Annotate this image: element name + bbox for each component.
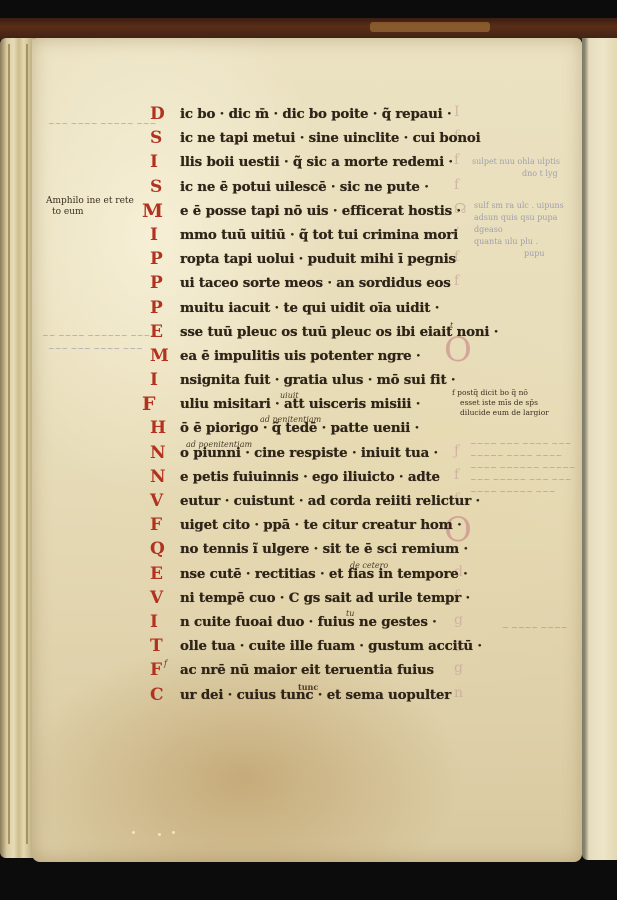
margin-note-line: to eum <box>46 207 134 218</box>
verse-line: Illis boii uestii · q̃ sic a morte redem… <box>150 150 490 174</box>
verse-line: Mea ē impulitis uis potenter ngre · <box>150 344 490 368</box>
verse-text: n cuite fuoai duo · fuius ne gestes · <box>180 610 437 634</box>
verse-line: Sic ne tapi metui · sine uinclite · cui … <box>150 126 490 150</box>
rubricated-initial: I <box>150 223 164 247</box>
rubricated-initial: C <box>150 683 164 707</box>
right-faint-note: ~ ~~~~ ~~~~ <box>502 622 567 634</box>
interlinear-gloss: ad penitentiam <box>260 408 321 432</box>
verse-line: Ense cutē · rectitias · et fias in tempo… <box>150 562 490 586</box>
verse-text: eutur · cuistunt · ad corda reiiti relic… <box>180 489 480 513</box>
verse-line: In cuite fuoai duo · fuius ne gestes ·tu <box>150 610 490 634</box>
verse-text: e ē posse tapi nō uis · efficerat hostis… <box>180 199 461 223</box>
faint-note-line: adsun quis qsu pupa dgeaso <box>474 212 582 236</box>
verse-text: ni tempē cuo · C gs sait ad urile tempr … <box>180 586 470 610</box>
rubricated-initial: I <box>150 368 164 392</box>
rubricated-initial: I <box>150 610 164 634</box>
left-stacked-leaves <box>0 38 34 858</box>
verse-line: Pui taceo sorte meos · an sordidus eos <box>150 271 490 295</box>
rubricated-initial: F <box>150 513 164 537</box>
rubricated-initial: V <box>150 586 164 610</box>
verse-line: Insignita fuit · gratia ulus · mō sui fi… <box>150 368 490 392</box>
verse-text: ropta tapi uolui · puduit mihi ī pegnis <box>180 247 456 271</box>
rubricated-initial: P <box>150 271 164 295</box>
interlinear-gloss: tunc <box>298 675 318 699</box>
interlinear-gloss: f <box>164 652 167 676</box>
interlinear-gloss: de cetero <box>350 554 388 578</box>
verse-line: Fac nrē nū maior eit teruentia fuiusf <box>150 658 490 682</box>
rubricated-initial: T <box>150 634 164 658</box>
rubricated-initial: S <box>150 126 164 150</box>
verse-text: uiget cito · ppā · te citur creatur hom … <box>180 513 462 537</box>
verse-text: ic ne tapi metui · sine uinclite · cui b… <box>180 126 480 150</box>
rubricated-initial: I <box>150 150 164 174</box>
verse-line: Cur dei · cuius tunc · et sema uopultert… <box>150 683 490 707</box>
rubricated-initial: M <box>142 199 156 223</box>
verse-line: Dic bo · dic m̄ · dic bo poite · q̃ repa… <box>150 102 490 126</box>
verse-line: Propta tapi uolui · puduit mihi ī pegnis <box>150 247 490 271</box>
verse-text: e petis fuiuinnis · ego iliuicto · adte <box>180 465 440 489</box>
verse-line: Qno tennis ĩ ulgere · sit te ē sci remiu… <box>150 537 490 561</box>
rubricated-initial: P <box>150 247 164 271</box>
verse-text: nsignita fuit · gratia ulus · mō sui fit… <box>180 368 455 392</box>
faint-note-line: pupu <box>474 248 582 260</box>
rubricated-initial: S <box>150 175 164 199</box>
verse-text-column: Dic bo · dic m̄ · dic bo poite · q̃ repa… <box>150 102 490 707</box>
interlinear-gloss: t <box>450 314 453 338</box>
verse-line: Ne petis fuiuinnis · ego iliuicto · adte <box>150 465 490 489</box>
faint-bleed-text: ~~~ ~~~ ~~~~ ~~~ <box>48 343 143 355</box>
verse-line: Sic ne ē potui uilescē · sic ne pute · <box>150 175 490 199</box>
rubricated-initial: N <box>150 465 164 489</box>
manuscript-page: Ifff☊/ffƒffdƒgggn O O Amphilo ine et ret… <box>32 38 582 862</box>
verse-text: ic ne ē potui uilescē · sic ne pute · <box>180 175 429 199</box>
faint-note-line: quanta ulu plu . <box>474 236 582 248</box>
faint-bleed-text-red: ~~ ~~~~ ~~~~~~ ~~~~ <box>42 330 157 342</box>
interlinear-gloss: ad poenitentiam <box>186 433 252 457</box>
rubricated-initial: H <box>150 416 164 440</box>
interlinear-gloss: uiuit <box>280 384 299 408</box>
rubricated-initial: V <box>150 489 164 513</box>
right-facing-leaf-edge <box>582 38 617 860</box>
verse-line: Fuiget cito · ppā · te citur creatur hom… <box>150 513 490 537</box>
right-faint-note: sulf sm ra ulc . uipuns adsun quis qsu p… <box>474 200 582 260</box>
verse-text: ui taceo sorte meos · an sordidus eos <box>180 271 451 295</box>
verse-text: muitu iacuit · te qui uidit oīa uidit · <box>180 296 439 320</box>
leaf-edge-line <box>26 44 28 844</box>
rubricated-initial: P <box>150 296 164 320</box>
rubricated-initial: E <box>150 320 164 344</box>
interlinear-gloss: tu <box>346 602 354 626</box>
rubricated-initial: E <box>150 562 164 586</box>
margin-note-line: Amphilo ine et rete <box>46 196 134 207</box>
top-binding-edge <box>0 18 617 40</box>
left-margin-note: Amphilo ine et rete to eum <box>46 196 134 218</box>
rubricated-initial: M <box>150 344 164 368</box>
verse-text: olle tua · cuite ille fuam · gustum acci… <box>180 634 482 658</box>
verse-text: mmo tuū uitiū · q̃ tot tui crimina mori <box>180 223 458 247</box>
verse-line: Immo tuū uitiū · q̃ tot tui crimina mori <box>150 223 490 247</box>
rubricated-initial: F <box>150 658 164 682</box>
verse-text: nse cutē · rectitias · et fias in tempor… <box>180 562 468 586</box>
verse-text: llis boii uestii · q̃ sic a morte redemi… <box>180 150 453 174</box>
verse-text: ea ē impulitis uis potenter ngre · <box>180 344 420 368</box>
verse-line: Tolle tua · cuite ille fuam · gustum acc… <box>150 634 490 658</box>
leaf-edge-line <box>8 44 10 844</box>
verse-line: Veutur · cuistunt · ad corda reiiti reli… <box>150 489 490 513</box>
verse-line: Esse tuū pleuc os tuū pleuc os ibi eiait… <box>150 320 490 344</box>
verse-line: Vni tempē cuo · C gs sait ad urile tempr… <box>150 586 490 610</box>
verse-text: ic bo · dic m̄ · dic bo poite · q̃ repau… <box>180 102 451 126</box>
faint-note-line: sulf sm ra ulc . uipuns <box>474 200 582 212</box>
verse-text: no tennis ĩ ulgere · sit te ē sci remium… <box>180 537 468 561</box>
rubricated-initial: F <box>142 392 156 416</box>
rubricated-initial: Q <box>150 537 164 561</box>
binding-stain <box>370 22 490 32</box>
faint-bleed-text: ~~~ ~~~~ ~~~~~ ~~~ <box>48 118 156 130</box>
rubricated-initial: D <box>150 102 164 126</box>
verse-line: No piunni · cine respiste · iniuit tua ·… <box>150 441 490 465</box>
verse-line: Me ē posse tapi nō uis · efficerat hosti… <box>150 199 490 223</box>
verse-line: Pmuitu iacuit · te qui uidit oīa uidit · <box>150 296 490 320</box>
rubricated-initial: N <box>150 441 164 465</box>
